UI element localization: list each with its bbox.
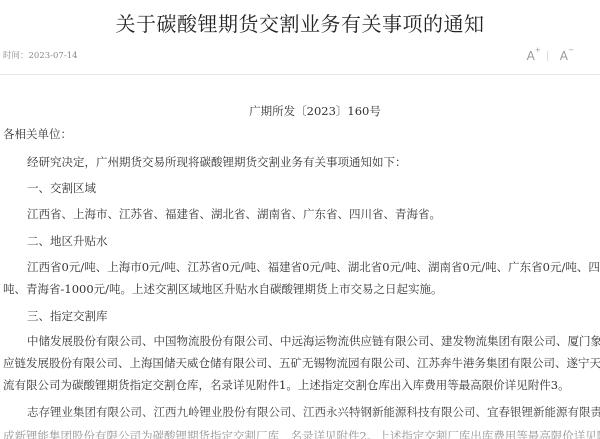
paragraph-factory-warehouses-line1: 志存锂业集团有限公司、江西九岭锂业股份有限公司、江西永兴特钢新能源科技有限公司、…	[3, 404, 600, 420]
paragraph-factory-warehouses-line2: 成新锂能集团股份有限公司为碳酸锂期货指定交割厂库，名录详见附件2。上述指定交割厂…	[3, 428, 600, 439]
paragraph-warehouses-line3: 流有限公司为碳酸锂期货指定交割仓库，名录详见附件1。上述指定交割仓库出入库费用等…	[3, 377, 570, 393]
font-decrease-icon: A	[560, 49, 568, 63]
paragraph-delivery-area: 江西省、上海市、江苏省、福建省、湖北省、湖南省、广东省、四川省、青海省。	[3, 206, 441, 222]
salutation: 各相关单位：	[3, 126, 72, 142]
date-value: 2023-07-14	[29, 51, 78, 61]
paragraph-premium-discount-line2: 吨、青海省-1000元/吨。上述交割区域地区升贴水自碳酸锂期货上市交易之日起实施…	[3, 281, 443, 297]
increase-font-button[interactable]: A+	[525, 49, 537, 63]
paragraph-intro: 经研究决定，广州期货交易所现将碳酸锂期货交割业务有关事项通知如下：	[3, 154, 407, 170]
document-number: 广期所发〔2023〕160号	[0, 103, 600, 119]
paragraph-premium-discount-line1: 江西省0元/吨、上海市0元/吨、江苏省0元/吨、福建省0元/吨、湖北省0元/吨、…	[3, 259, 600, 275]
page-title: 关于碳酸锂期货交割业务有关事项的通知	[0, 8, 600, 37]
header-divider	[0, 74, 600, 75]
date-label: 时间：	[3, 51, 29, 61]
paragraph-warehouses-line2: 应链发展股份有限公司、上海国储天威仓储有限公司、五矿无锡物流园有限公司、江苏奔牛…	[3, 355, 600, 371]
section-heading-warehouses: 三、指定交割库	[3, 308, 108, 324]
section-heading-premium-discount: 二、地区升贴水	[3, 233, 108, 249]
publish-date: 时间：2023-07-14	[3, 49, 78, 61]
paragraph-warehouses-line1: 中储发展股份有限公司、中国物流股份有限公司、中远海运物流供应链有限公司、建发物流…	[3, 333, 600, 349]
font-size-controls: A+ A−	[525, 49, 570, 63]
section-heading-delivery-area: 一、交割区域	[3, 180, 96, 196]
divider	[547, 51, 548, 61]
decrease-font-button[interactable]: A−	[558, 49, 570, 63]
font-increase-icon: A	[527, 49, 535, 63]
